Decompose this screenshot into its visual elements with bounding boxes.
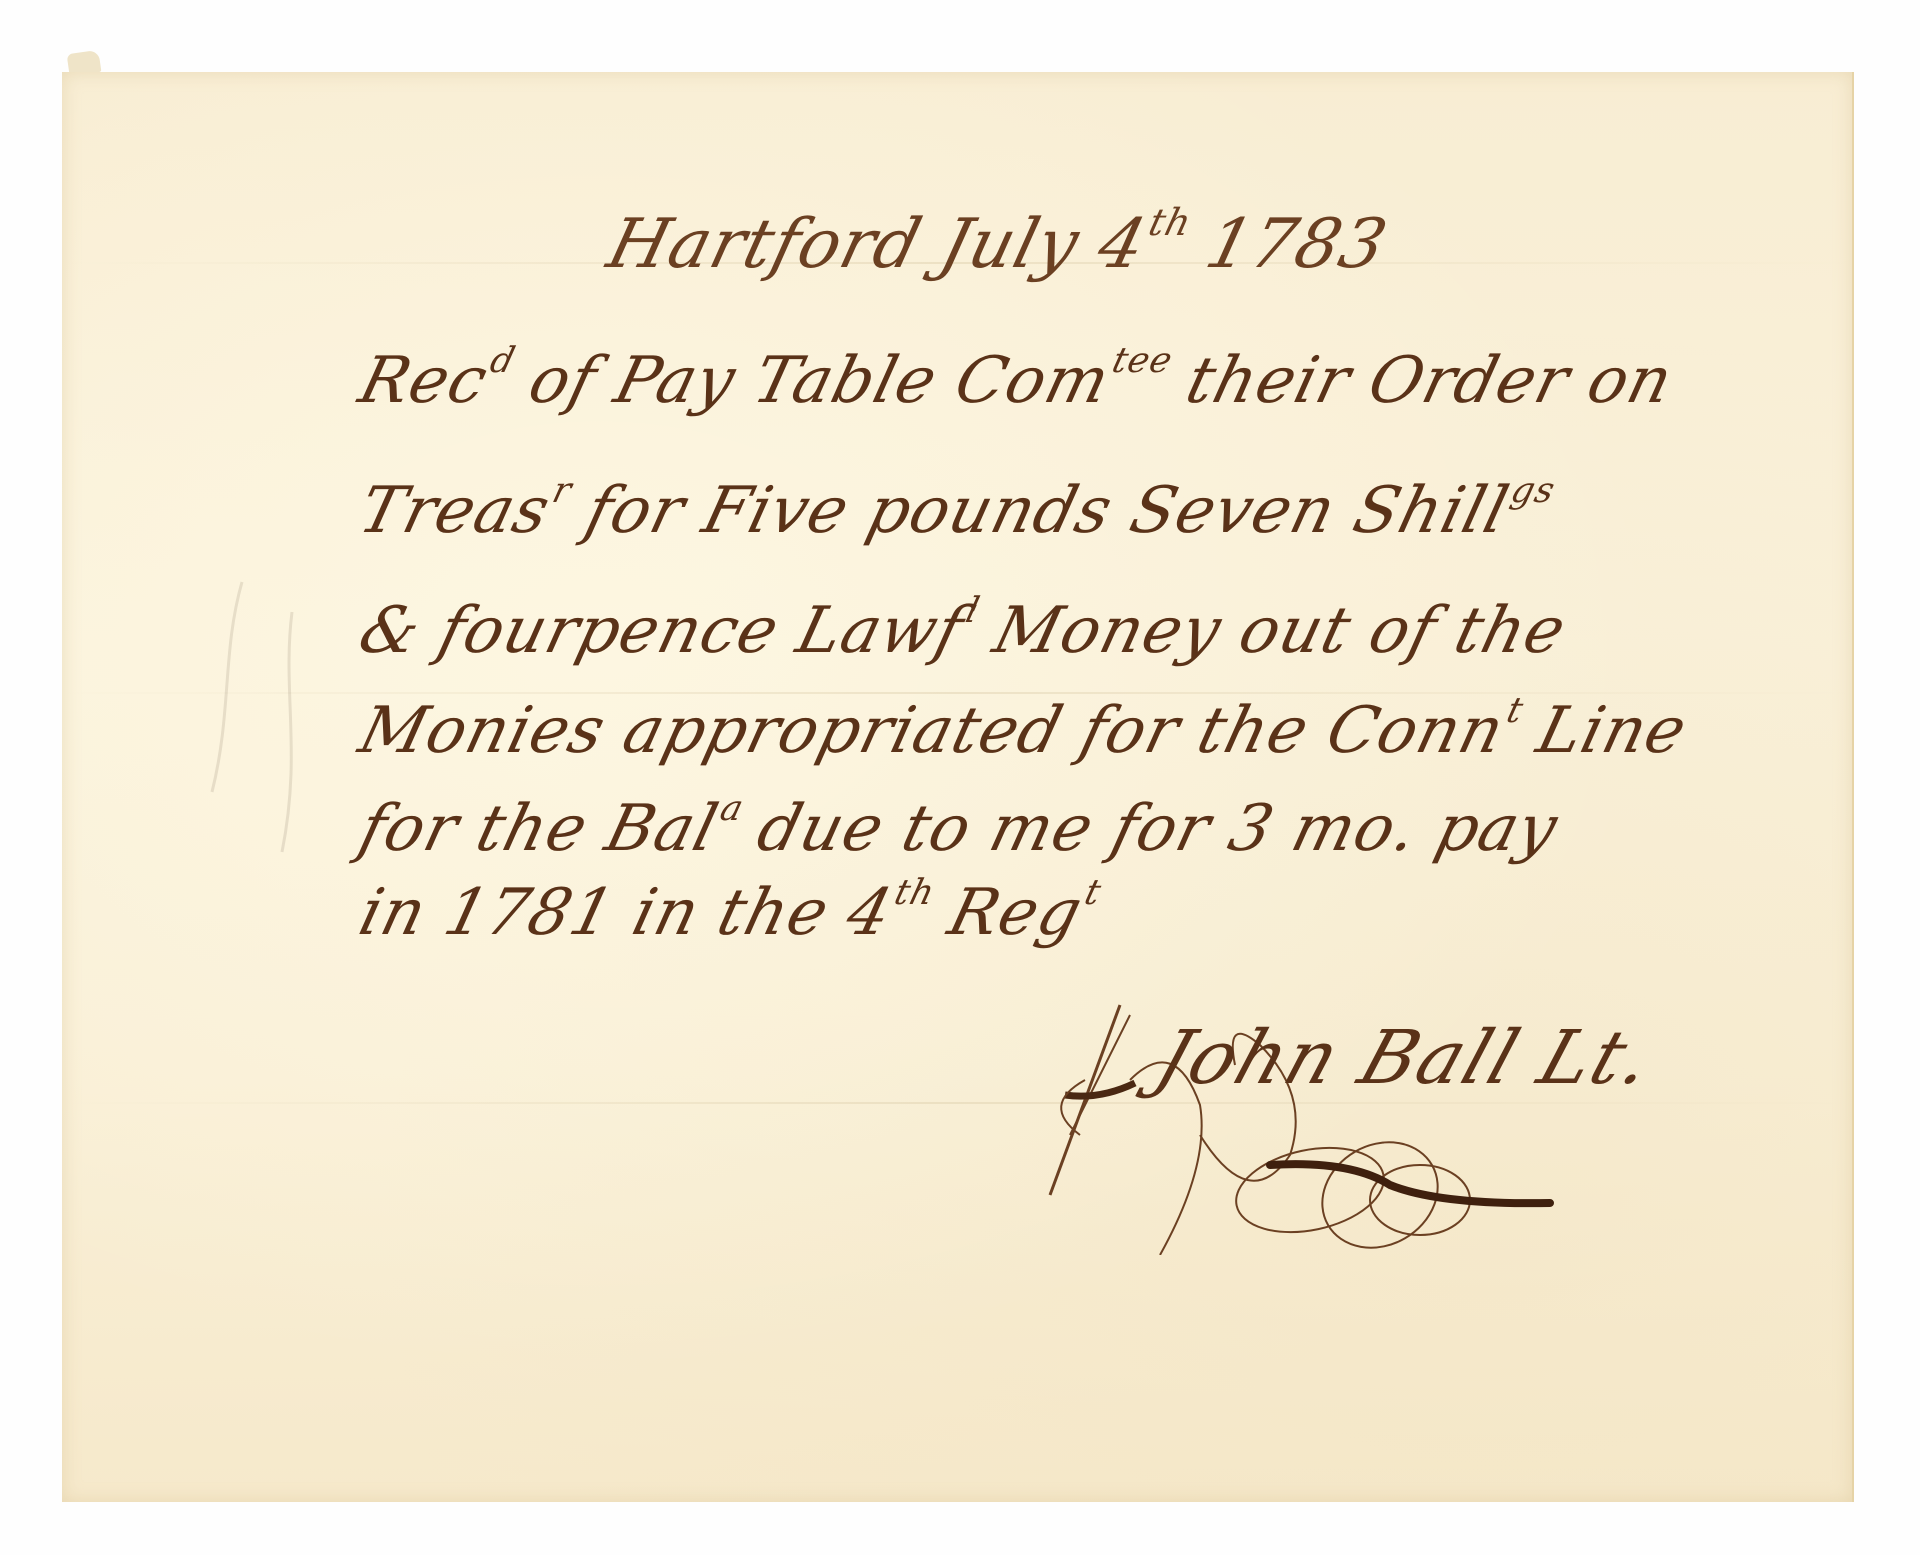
body-line-4: Monies appropriated for the Connt Line	[352, 690, 1695, 768]
line-text: their Order on	[1158, 344, 1681, 418]
signature-name: John Ball Lt.	[1146, 1015, 1665, 1101]
body-line-2: Treasr for Five pounds Seven Shillgs	[352, 470, 1560, 548]
line-text: due to me for 3 mo	[729, 792, 1404, 866]
line-text: Monies appropriated for the Conn	[352, 694, 1512, 768]
body-line-6: in 1781 in the 4th Regt	[352, 872, 1106, 950]
bleed-through-marks	[182, 572, 362, 872]
line-text: Treas	[352, 474, 558, 548]
line-text: & fourpence Lawf	[352, 594, 971, 668]
body-line-5: for the Bala due to me for 3 mo. pay	[352, 788, 1566, 866]
line-text: Money out of the	[965, 594, 1574, 668]
signer-name: John Ball	[1146, 1015, 1531, 1101]
body-line-1: Recd of Pay Table Comtee their Order on	[352, 340, 1681, 418]
signature: John Ball Lt.	[1010, 985, 1800, 1255]
line-text: of Pay Table Com	[500, 344, 1117, 418]
line-superscript: tee	[1108, 340, 1177, 381]
line-text: in 1781 in the 4	[352, 876, 900, 950]
line-text: Reg	[920, 876, 1090, 950]
body-line-3: & fourpence Lawfl Money out of the	[352, 590, 1574, 668]
dateline-place: Hartford	[600, 205, 930, 284]
line-text: Line	[1509, 694, 1695, 768]
dateline-date: July 4	[932, 205, 1154, 284]
line-text: Rec	[352, 344, 495, 418]
line-text: . pay	[1386, 792, 1565, 866]
line-text: for the Bal	[352, 792, 725, 866]
line-text: for Five pounds Seven Shill	[557, 474, 1516, 548]
dateline-year: 1783	[1198, 205, 1395, 284]
dateline: Hartford July 4th 1783	[600, 200, 1396, 284]
document-scan: Hartford July 4th 1783 Recd of Pay Table…	[0, 0, 1920, 1555]
paper-sheet	[62, 72, 1854, 1502]
